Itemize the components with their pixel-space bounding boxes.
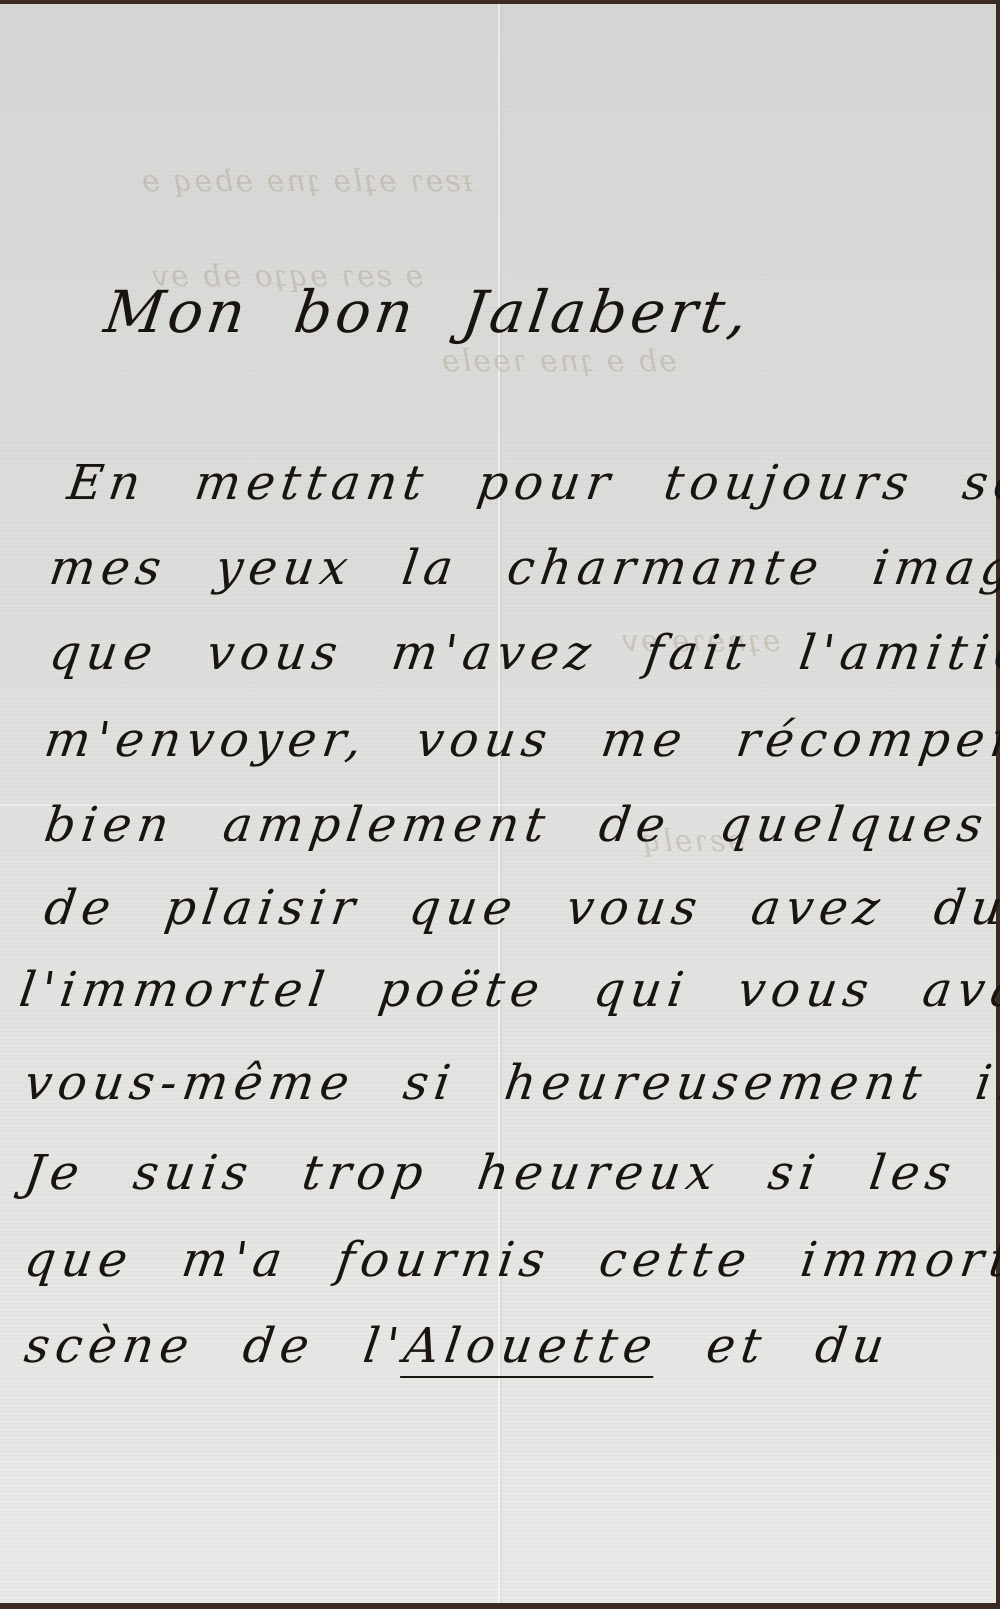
letter-line: que m'a fournis cette immortelle — [21, 1232, 1000, 1288]
letter-line: En mettant pour toujours sous — [64, 455, 1000, 511]
letter-text: Mon bon Jalabert, En mettant pour toujou… — [0, 0, 1000, 1609]
letter-line: l'immortel poëte qui vous avait — [16, 962, 1000, 1018]
underlined-title-alouette: Alouette — [401, 1318, 662, 1374]
text-segment: scène de l' — [21, 1318, 408, 1374]
letter-line: bien amplement de quelques heures — [41, 797, 1000, 853]
letter-line: que vous m'avez fait l'amitié de — [46, 625, 1000, 681]
letter-line-last: scène de l'Alouette et du — [21, 1318, 893, 1374]
text-segment: et du — [654, 1318, 894, 1374]
letter-line: m'envoyer, vous me récompensez — [41, 712, 1000, 768]
letter-line: Je suis trop heureux si les accents — [21, 1145, 1000, 1201]
letter-line: mes yeux la charmante image — [46, 540, 1000, 596]
greeting: Mon bon Jalabert, — [100, 278, 755, 346]
letter-line: de plaisir que vous avez dues à — [41, 880, 1000, 936]
letter-line: vous-même si heureusement inspiré. — [21, 1055, 1000, 1111]
